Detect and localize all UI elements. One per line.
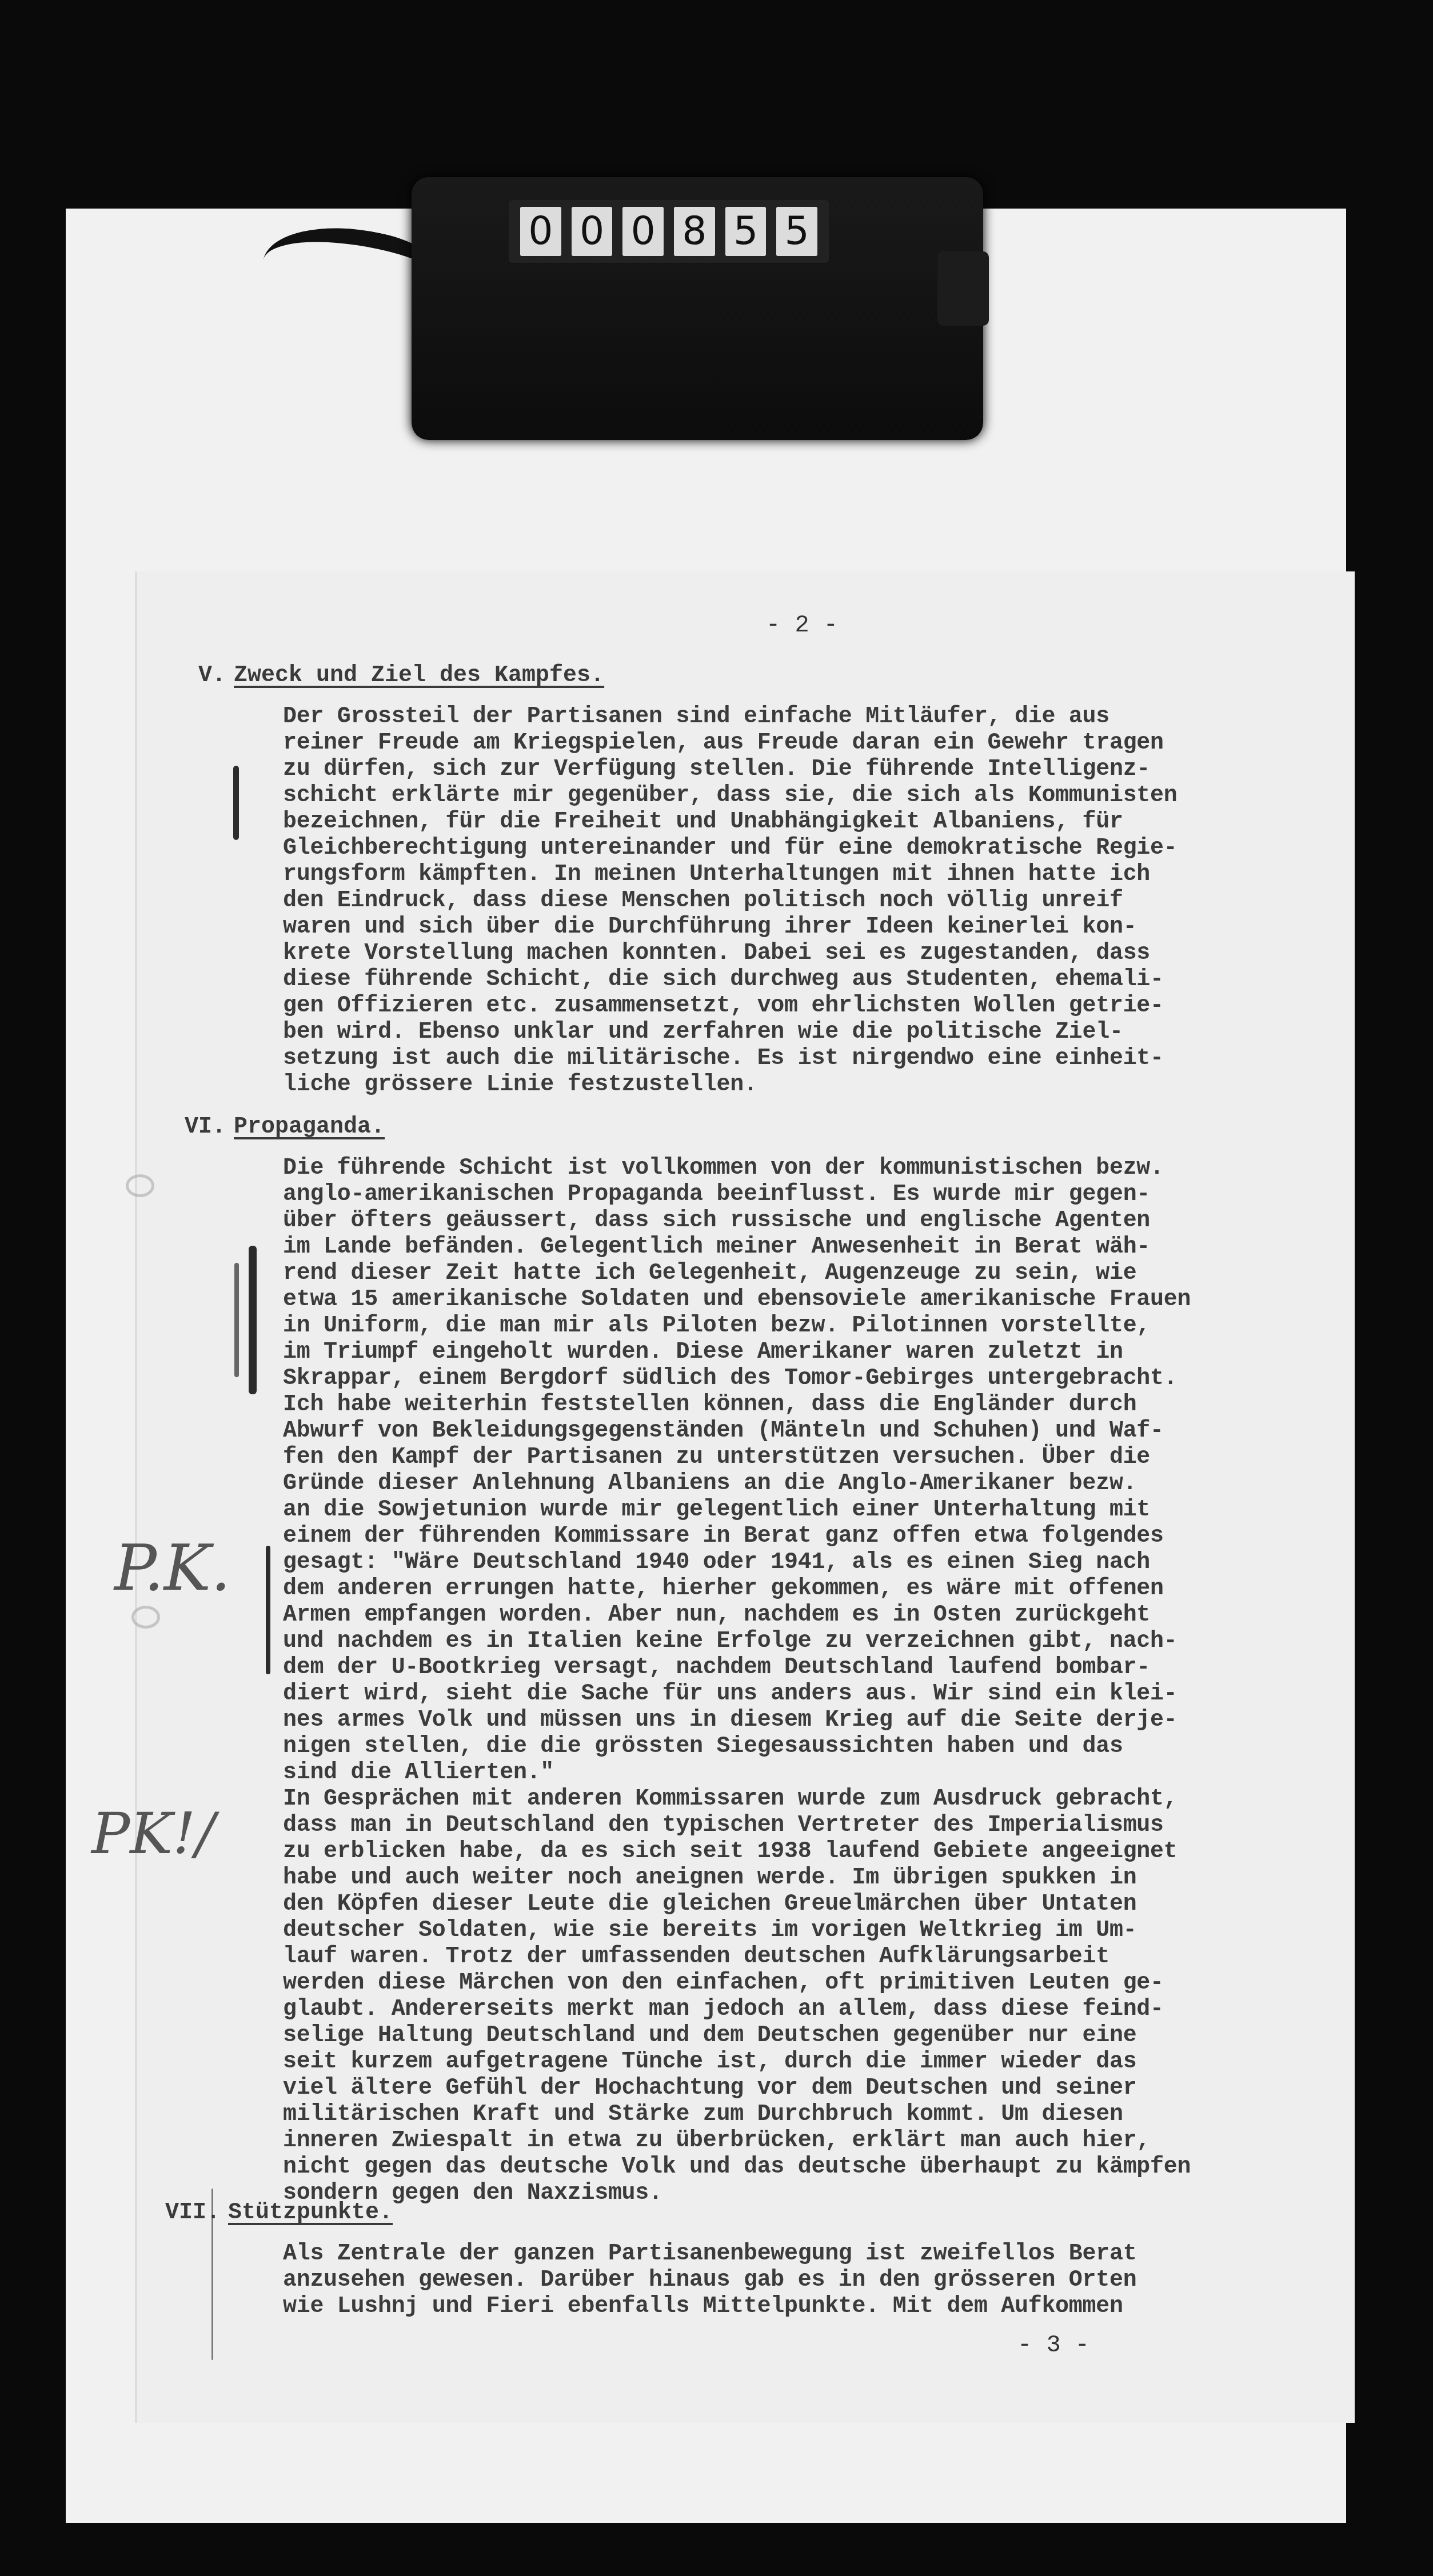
section-heading-vi: VI.Propaganda. — [163, 1114, 385, 1140]
section-body-vii: Als Zentrale der ganzen Partisanenbewegu… — [283, 2241, 1369, 2320]
counter-digit: 5 — [776, 207, 817, 256]
section-number: VII. — [157, 2200, 220, 2226]
margin-line-mark — [211, 2189, 213, 2360]
handwritten-note: P.K. — [114, 1531, 231, 1605]
counter-digit: 0 — [520, 207, 561, 256]
margin-line-mark — [266, 1546, 270, 1674]
section-heading-vii: VII.Stützpunkte. — [157, 2200, 393, 2226]
typed-document-page: - 2 - V.Zweck und Ziel des Kampfes. Der … — [137, 571, 1355, 2423]
section-heading-v: V.Zweck und Ziel des Kampfes. — [163, 663, 604, 689]
counter-knob — [937, 251, 989, 326]
section-title: Propaganda. — [234, 1114, 385, 1140]
counter-digit: 0 — [572, 207, 613, 256]
margin-bracket-mark — [234, 1263, 239, 1377]
counter-digit: 5 — [725, 207, 767, 256]
margin-line-mark — [233, 766, 239, 840]
margin-bracket-mark — [249, 1246, 257, 1394]
ink-blot — [126, 1174, 154, 1197]
section-number: VI. — [163, 1114, 226, 1140]
section-title: Stützpunkte. — [228, 2200, 393, 2226]
ink-blot — [131, 1606, 160, 1629]
counter-digit: 0 — [622, 207, 664, 256]
section-body-vi: Die führende Schicht ist vollkommen von … — [283, 1155, 1369, 2207]
page-number-bottom: - 3 - — [1017, 2331, 1089, 2359]
section-title: Zweck und Ziel des Kampfes. — [234, 663, 604, 689]
section-number: V. — [163, 663, 226, 689]
handwritten-note: PK!/ — [91, 1800, 215, 1867]
frame-counter-display: 0 0 0 8 5 5 — [509, 200, 829, 263]
counter-digit: 8 — [674, 207, 715, 256]
section-body-v: Der Grossteil der Partisanen sind einfac… — [283, 704, 1369, 1098]
page-number-top: - 2 - — [766, 611, 838, 639]
